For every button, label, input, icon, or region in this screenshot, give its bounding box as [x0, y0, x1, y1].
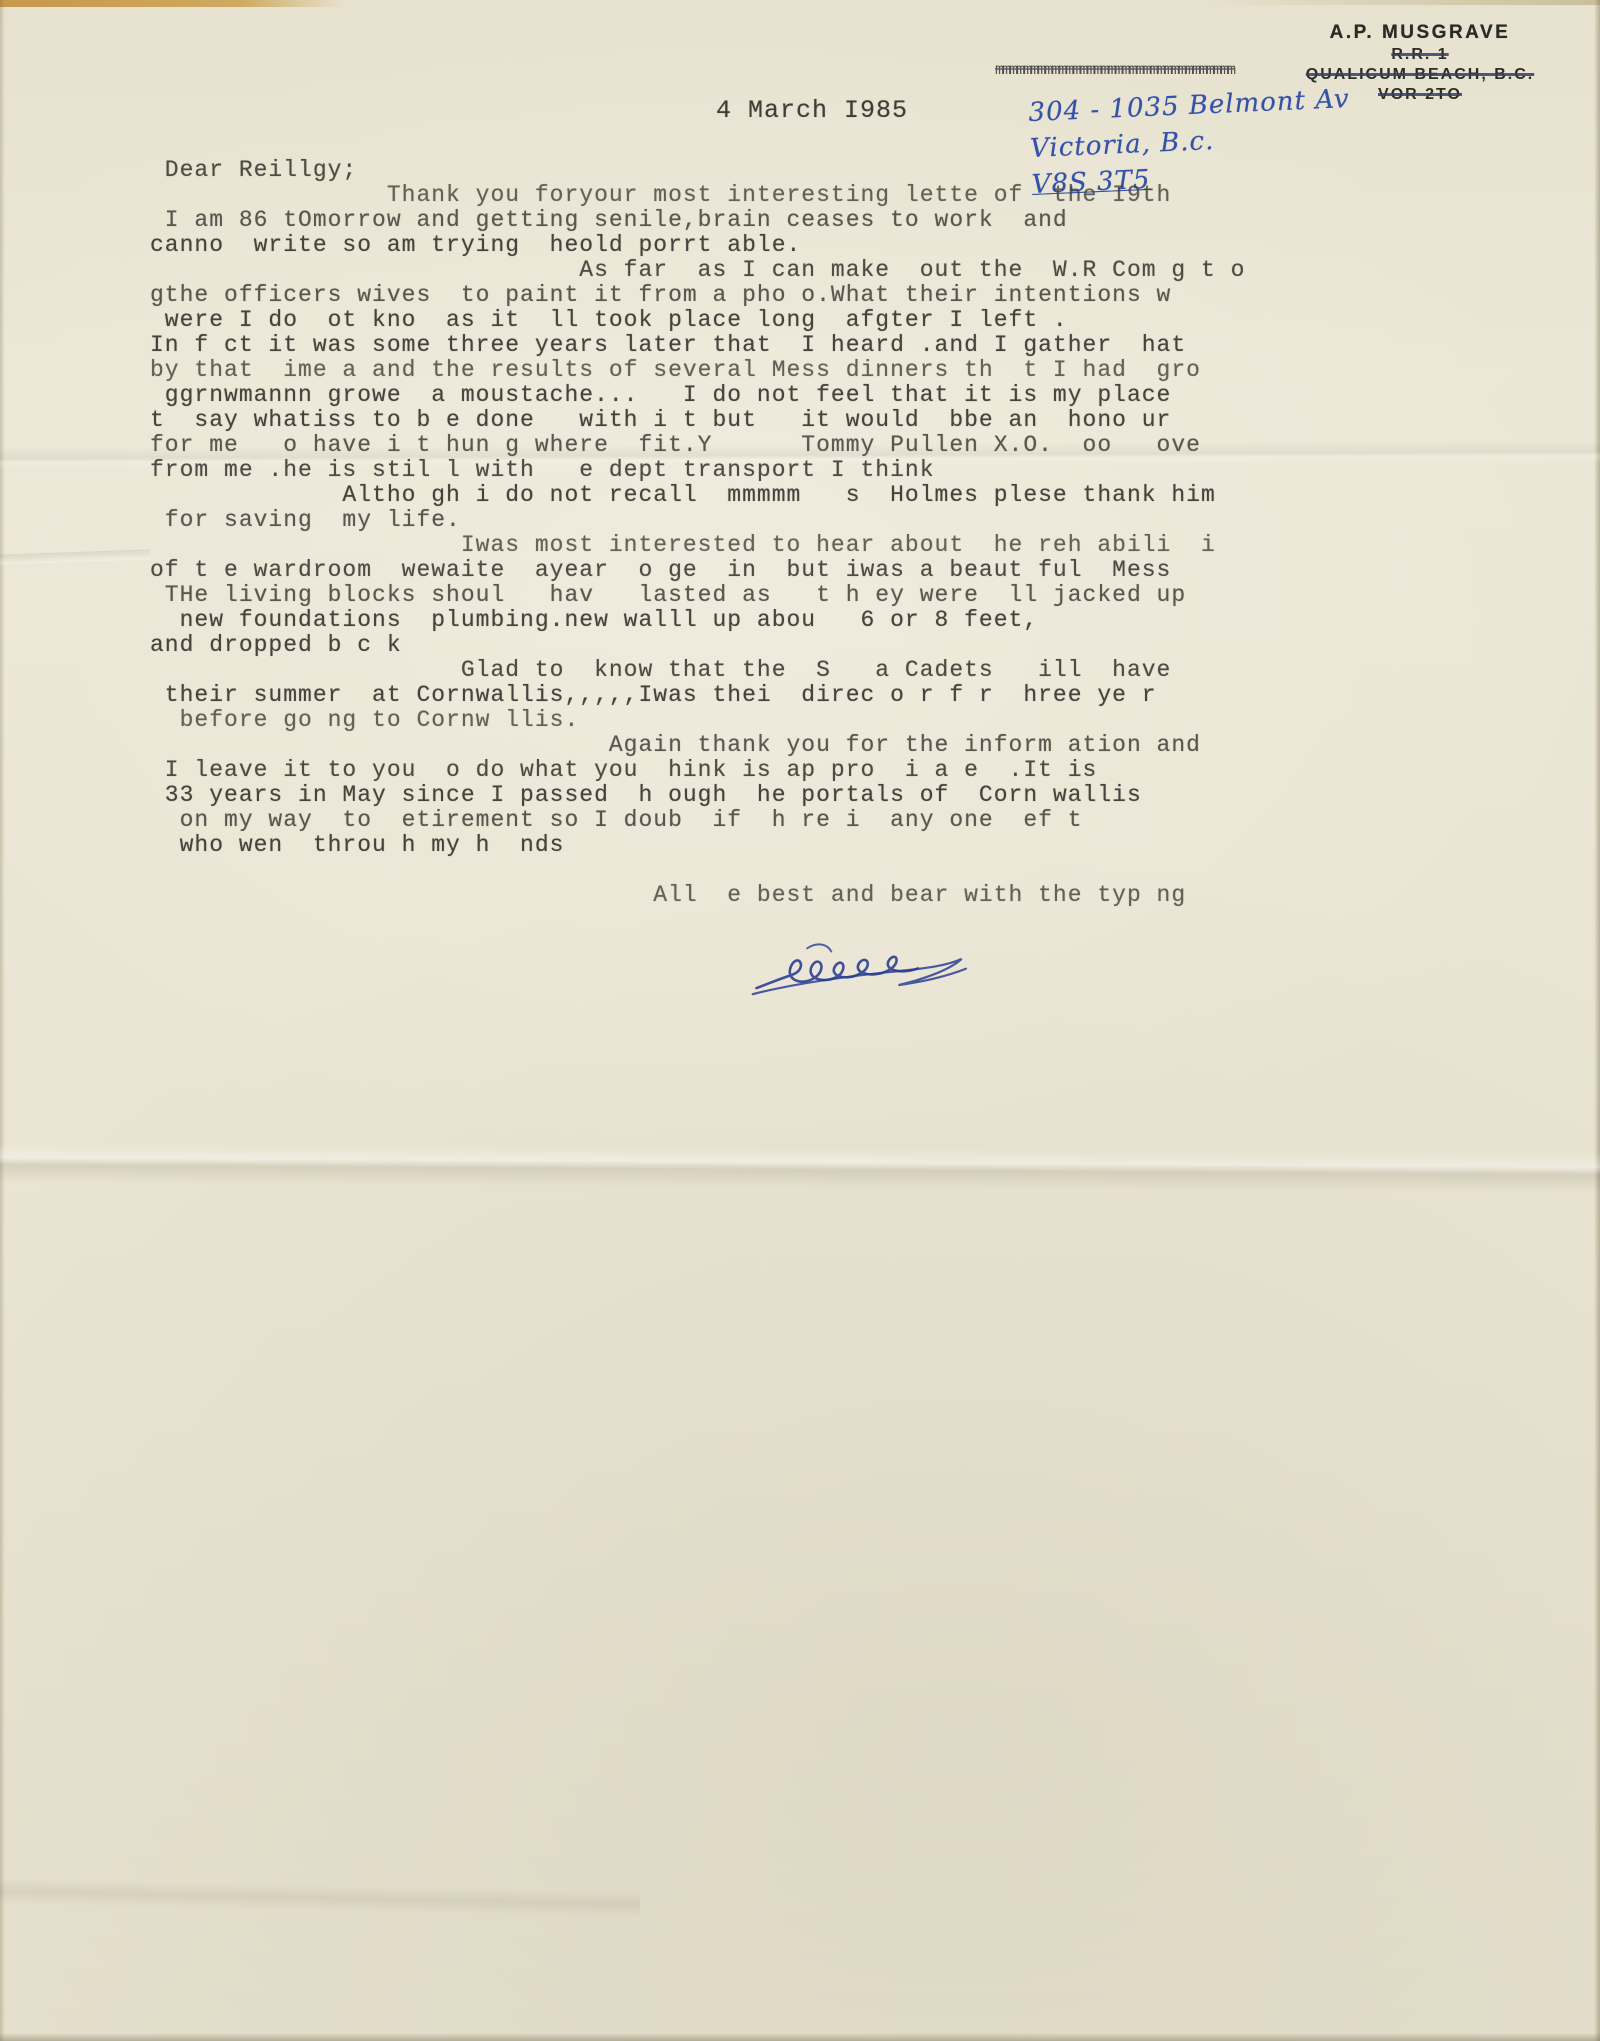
typed-line: who wen throu h my h nds	[150, 833, 1245, 858]
date-line: 4 March I985	[716, 96, 908, 125]
typed-line: of t e wardroom wewaite ayear o ge in bu…	[150, 558, 1245, 583]
typed-line: Iwas most interested to hear about he re…	[150, 533, 1245, 558]
typed-line: I am 86 tOmorrow and getting senile,brai…	[150, 208, 1245, 233]
scan-edge-top-left	[0, 0, 345, 7]
typed-line: by that ime a and the results of several…	[150, 358, 1245, 383]
typed-line: from me .he is stil l with e dept transp…	[150, 458, 1245, 483]
typed-line: ggrnwmannn growe a moustache... I do not…	[150, 383, 1245, 408]
typed-line: 33 years in May since I passed h ough he…	[150, 783, 1245, 808]
scan-edge-top-right	[1200, 0, 1600, 5]
typed-line: gthe officers wives to paint it from a p…	[150, 283, 1245, 308]
letter-page: A.P. MUSGRAVE R.R. 1 QUALICUM BEACH, B.C…	[0, 0, 1600, 2041]
fold-crease-lower	[0, 1878, 640, 1917]
typed-line: All e best and bear with the typ ng	[150, 883, 1245, 908]
typed-line: t say whatiss to b e done with i t but i…	[150, 408, 1245, 433]
signature-scrawl	[747, 928, 1000, 1017]
typed-line: I leave it to you o do what you hink is …	[150, 758, 1245, 783]
typed-line: Again thank you for the inform ation and	[150, 733, 1245, 758]
typed-line	[150, 858, 1245, 883]
letter-body: Dear Reillgy; Thank you foryour most int…	[150, 158, 1245, 908]
typed-line: As far as I can make out the W.R Com g t…	[150, 258, 1245, 283]
signature-ink-path	[747, 928, 999, 1012]
typed-line: Altho gh i do not recall mmmmm s Holmes …	[150, 483, 1245, 508]
typed-line: and dropped b c k	[150, 633, 1245, 658]
scan-edge-right	[1594, 0, 1600, 2041]
scan-edge-left	[0, 0, 5, 2041]
typed-strikeout-row: mmmmmmmmmmmmmmmmmmmmmmmmmmmmmmmmmm	[995, 60, 1415, 78]
scan-edge-bottom	[0, 2033, 1600, 2041]
typed-line: THe living blocks shoul hav lasted as t …	[150, 583, 1245, 608]
typed-line: Thank you foryour most interesting lette…	[150, 183, 1245, 208]
fold-crease-left-notch	[0, 549, 150, 564]
typed-line: new foundations plumbing.new walll up ab…	[150, 608, 1245, 633]
typed-line: on my way to etirement so I doub if h re…	[150, 808, 1245, 833]
typed-line: for saving my life.	[150, 508, 1245, 533]
typed-line: for me o have i t hun g where fit.Y Tomm…	[150, 433, 1245, 458]
typed-line: Glad to know that the S a Cadets ill hav…	[150, 658, 1245, 683]
typed-line: Dear Reillgy;	[150, 158, 1245, 183]
typed-line: In f ct it was some three years later th…	[150, 333, 1245, 358]
typed-line: were I do ot kno as it ll took place lon…	[150, 308, 1245, 333]
typed-line: before go ng to Cornw llis.	[150, 708, 1245, 733]
typed-line: canno write so am trying heold porrt abl…	[150, 233, 1245, 258]
letterhead-name: A.P. MUSGRAVE	[1275, 22, 1565, 44]
fold-crease-middle	[0, 1143, 1600, 1193]
typed-line: their summer at Cornwallis,,,,,Iwas thei…	[150, 683, 1245, 708]
